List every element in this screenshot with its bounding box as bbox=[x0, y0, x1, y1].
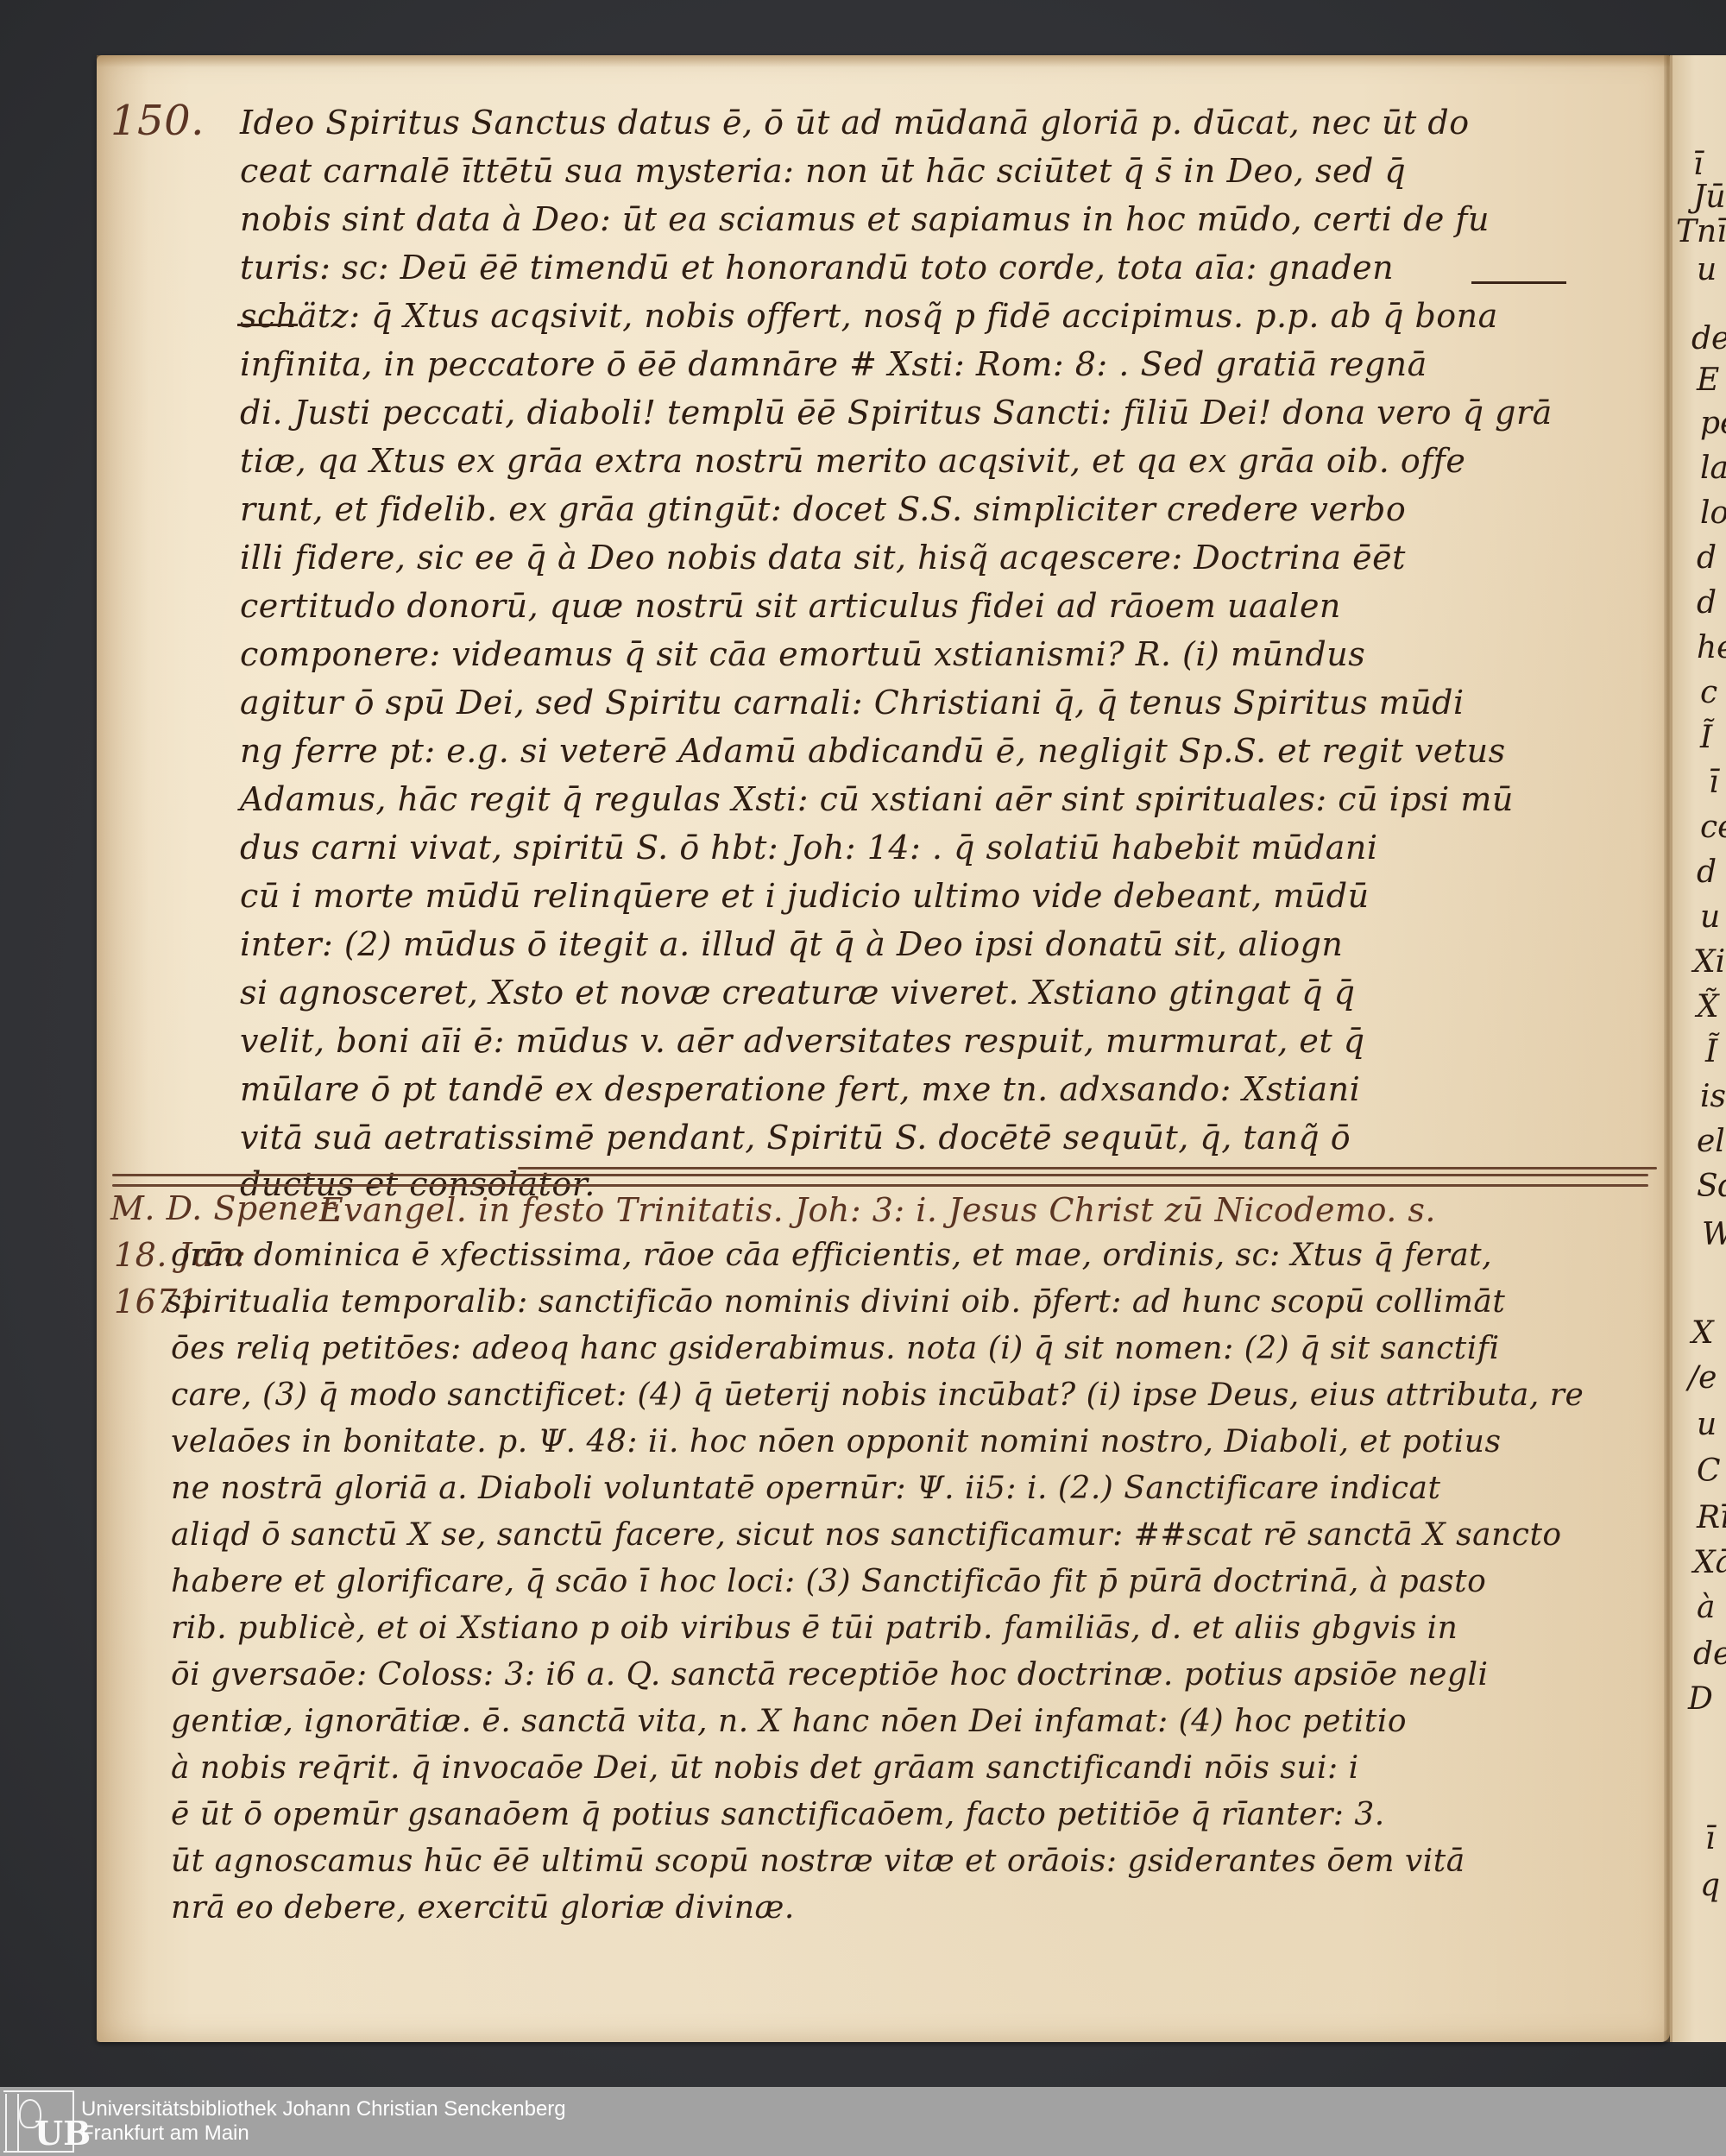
manuscript-line: velaōes in bonitate. p. Ψ. 48: ii. hoc n… bbox=[171, 1424, 1501, 1459]
section-divider bbox=[112, 1184, 1648, 1187]
adjacent-glyph: el bbox=[1697, 1124, 1725, 1159]
manuscript-line: si agnosceret, Xsto et novæ creaturæ viv… bbox=[240, 974, 1355, 1012]
adjacent-glyph: ī bbox=[1709, 765, 1719, 800]
manuscript-line: ōes reliq petitōes: adeoq hanc gsiderabi… bbox=[171, 1331, 1500, 1366]
manuscript-line: velit, boni aīi ē: mūdus v. aēr adversit… bbox=[240, 1022, 1365, 1060]
manuscript-line: certitudo donorū, quæ nostrū sit articul… bbox=[240, 587, 1341, 625]
manuscript-line: cū i morte mūdū relinqūere et i judicio … bbox=[240, 877, 1370, 915]
adjacent-glyph: u bbox=[1700, 899, 1720, 935]
manuscript-line: mūlare ō pt tandē ex desperatione fert, … bbox=[240, 1070, 1360, 1108]
adjacent-glyph: pe bbox=[1700, 406, 1726, 441]
manuscript-line: componere: videamus q̄ sit cāa emortuū x… bbox=[240, 635, 1365, 673]
adjacent-glyph: d bbox=[1697, 540, 1717, 576]
institution-line-2: Frankfurt am Main bbox=[81, 2121, 566, 2146]
manuscript-line: dus carni vivat, spiritū S. ō hbt: Joh: … bbox=[240, 829, 1378, 867]
institution-name: Universitätsbibliothek Johann Christian … bbox=[81, 2097, 566, 2146]
manuscript-line: infinita, in peccatore ō ēē damnāre # Xs… bbox=[240, 345, 1427, 383]
manuscript-line: inter: (2) mūdus ō itegit a. illud q̄t q… bbox=[240, 925, 1343, 963]
adjacent-glyph: Sd bbox=[1697, 1169, 1726, 1204]
adjacent-glyph: ī bbox=[1705, 1821, 1716, 1857]
manuscript-line: agitur ō spū Dei, sed Spiritu carnali: C… bbox=[240, 684, 1465, 722]
adjacent-glyph: Tnī bbox=[1676, 214, 1726, 249]
ub-logo-icon: UB bbox=[3, 2090, 74, 2153]
adjacent-glyph: u bbox=[1697, 1407, 1717, 1442]
manuscript-line: ē ūt ō opemūr gsanaōem q̄ potius sanctif… bbox=[171, 1797, 1385, 1832]
manuscript-line: orāo dominica ē xfectissima, rāoe cāa ef… bbox=[171, 1238, 1492, 1273]
manuscript-line: care, (3) q̄ modo sanctificet: (4) q̄ ūe… bbox=[171, 1377, 1584, 1413]
institution-line-1: Universitätsbibliothek Johann Christian … bbox=[81, 2097, 566, 2121]
manuscript-line: ne nostrā gloriā a. Diaboli voluntatē op… bbox=[171, 1471, 1440, 1506]
manuscript-line: nrā eo debere, exercitū gloriæ divinæ. bbox=[171, 1890, 795, 1926]
manuscript-line: runt, et fidelib. ex grāa gtingūt: docet… bbox=[240, 490, 1406, 528]
underline-mark bbox=[237, 324, 298, 326]
page-number: 150. bbox=[110, 97, 205, 145]
manuscript-line: vitā suā aetratissimē pendant, Spiritū S… bbox=[240, 1119, 1351, 1157]
adjacent-glyph: Ĩ bbox=[1700, 720, 1712, 755]
adjacent-glyph: C bbox=[1697, 1453, 1721, 1489]
adjacent-glyph: E bbox=[1697, 362, 1719, 398]
library-footer: UB Universitätsbibliothek Johann Christi… bbox=[0, 2087, 1726, 2156]
manuscript-line: turis: sc: Deū ēē timendū et honorandū t… bbox=[240, 249, 1394, 287]
manuscript-line: aliqd ō sanctū X se, sanctū facere, sicu… bbox=[171, 1517, 1562, 1553]
adjacent-glyph: X bbox=[1691, 1315, 1714, 1351]
manuscript-line: rib. publicè, et oi Xstiano p oib viribu… bbox=[171, 1611, 1458, 1646]
adjacent-glyph: W bbox=[1702, 1217, 1726, 1252]
adjacent-glyph: /e bbox=[1688, 1360, 1717, 1396]
adjacent-glyph: u bbox=[1697, 252, 1717, 287]
adjacent-glyph: ī bbox=[1693, 147, 1704, 182]
adjacent-glyph: de bbox=[1693, 1636, 1726, 1672]
manuscript-line: ceat carnalē īttētū sua mysteria: non ūt… bbox=[240, 152, 1406, 190]
adjacent-glyph: D bbox=[1688, 1681, 1713, 1717]
adjacent-glyph: is bbox=[1700, 1079, 1726, 1114]
manuscript-line: ūt agnoscamus hūc ēē ultimū scopū nostræ… bbox=[171, 1844, 1465, 1879]
adjacent-glyph: d bbox=[1697, 585, 1717, 621]
adjacent-glyph: Xā bbox=[1693, 1545, 1726, 1580]
adjacent-glyph: Jū bbox=[1693, 180, 1726, 215]
adjacent-glyph: la bbox=[1700, 451, 1726, 486]
adjacent-glyph: de bbox=[1691, 321, 1726, 356]
manuscript-line: ōi gversaōe: Coloss: 3: i6 a. Q. sanctā … bbox=[171, 1657, 1489, 1693]
manuscript-line: spiritualia temporalib: sanctificāo nomi… bbox=[166, 1284, 1505, 1320]
manuscript-line: nobis sint data à Deo: ūt ea sciamus et … bbox=[240, 200, 1490, 238]
adjacent-glyph: c bbox=[1700, 675, 1717, 710]
manuscript-line: Ideo Spiritus Sanctus datus ē, ō ūt ad m… bbox=[240, 104, 1470, 142]
adjacent-glyph: ce bbox=[1700, 810, 1726, 845]
manuscript-line: Adamus, hāc regit q̄ regulas Xsti: cū xs… bbox=[240, 780, 1514, 818]
logo-lines-icon bbox=[5, 2094, 19, 2151]
underline-mark bbox=[1471, 281, 1566, 284]
section-divider bbox=[518, 1167, 1657, 1169]
manuscript-line: tiæ, qa Xtus ex grāa extra nostrū merito… bbox=[240, 442, 1465, 480]
adjacent-glyph: Rī bbox=[1697, 1500, 1726, 1535]
margin-note-author: M. D. Spener. bbox=[110, 1189, 343, 1227]
adjacent-glyph: Xi bbox=[1693, 944, 1725, 980]
section-divider bbox=[112, 1174, 1648, 1176]
manuscript-line: schätz: q̄ Xtus acqsivit, nobis offert, … bbox=[240, 297, 1498, 335]
adjacent-glyph: Ĩ bbox=[1705, 1034, 1717, 1069]
adjacent-glyph: he bbox=[1697, 630, 1726, 665]
manuscript-line: à nobis req̄rit. q̄ invocaōe Dei, ūt nob… bbox=[171, 1750, 1359, 1786]
manuscript-line: ng ferre pt: e.g. si veterē Adamū abdica… bbox=[240, 732, 1506, 770]
manuscript-line: habere et glorificare, q̄ scāo ī hoc loc… bbox=[171, 1564, 1486, 1599]
adjacent-glyph: q bbox=[1700, 1868, 1720, 1903]
adjacent-glyph: X̃ bbox=[1697, 989, 1719, 1024]
manuscript-line: gentiæ, ignorātiæ. ē. sanctā vita, n. X … bbox=[171, 1704, 1407, 1739]
manuscript-line: illi fidere, sic ee q̄ à Deo nobis data … bbox=[240, 539, 1406, 577]
section-heading: Evangel. in festo Trinitatis. Joh: 3: i.… bbox=[319, 1191, 1436, 1229]
adjacent-glyph: lo bbox=[1700, 495, 1726, 531]
adjacent-glyph: à bbox=[1697, 1590, 1715, 1625]
manuscript-line: di. Justi peccati, diaboli! templū ēē Sp… bbox=[240, 394, 1553, 432]
adjacent-glyph: d bbox=[1697, 854, 1717, 890]
